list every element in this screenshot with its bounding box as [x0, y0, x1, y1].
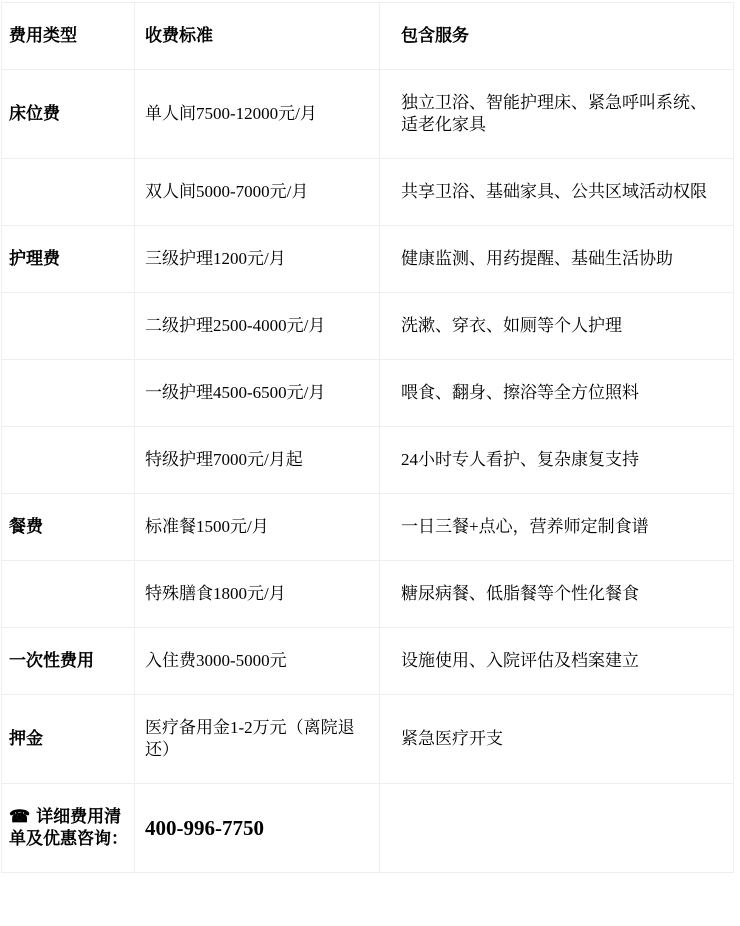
fee-services-cell: 设施使用、入院评估及档案建立 — [380, 628, 734, 695]
fee-standard-cell: 特级护理7000元/月起 — [135, 427, 380, 494]
fee-table-body: 床位费单人间7500-12000元/月独立卫浴、智能护理床、紧急呼叫系统、适老化… — [2, 70, 734, 873]
fee-standard-cell: 入住费3000-5000元 — [135, 628, 380, 695]
fee-services-cell: 紧急医疗开支 — [380, 695, 734, 784]
fee-category-cell: 一次性费用 — [2, 628, 135, 695]
fee-standard-cell: 一级护理4500-6500元/月 — [135, 360, 380, 427]
fee-row: 护理费三级护理1200元/月健康监测、用药提醒、基础生活协助 — [2, 226, 734, 293]
column-header-fee-type: 费用类型 — [2, 3, 135, 70]
fee-category-cell — [2, 159, 135, 226]
fee-category-cell: 护理费 — [2, 226, 135, 293]
fee-services-cell: 健康监测、用药提醒、基础生活协助 — [380, 226, 734, 293]
fee-services-cell: 洗漱、穿衣、如厕等个人护理 — [380, 293, 734, 360]
contact-row: ☎详细费用清单及优惠咨询：400-996-7750 — [2, 784, 734, 873]
fee-services-cell: 独立卫浴、智能护理床、紧急呼叫系统、适老化家具 — [380, 70, 734, 159]
fee-standard-cell: 医疗备用金1-2万元（离院退还） — [135, 695, 380, 784]
fee-row: 一次性费用入住费3000-5000元设施使用、入院评估及档案建立 — [2, 628, 734, 695]
fee-table: 费用类型 收费标准 包含服务 床位费单人间7500-12000元/月独立卫浴、智… — [1, 2, 734, 873]
phone-number: 400-996-7750 — [145, 816, 264, 840]
fee-standard-cell: 双人间5000-7000元/月 — [135, 159, 380, 226]
fee-row: 床位费单人间7500-12000元/月独立卫浴、智能护理床、紧急呼叫系统、适老化… — [2, 70, 734, 159]
fee-services-cell: 糖尿病餐、低脂餐等个性化餐食 — [380, 561, 734, 628]
contact-services-cell — [380, 784, 734, 873]
column-header-fee-standard: 收费标准 — [135, 3, 380, 70]
fee-category-cell: 押金 — [2, 695, 135, 784]
fee-services-cell: 一日三餐+点心，营养师定制食谱 — [380, 494, 734, 561]
fee-table-header: 费用类型 收费标准 包含服务 — [2, 3, 734, 70]
fee-services-cell: 24小时专人看护、复杂康复支持 — [380, 427, 734, 494]
fee-standard-cell: 二级护理2500-4000元/月 — [135, 293, 380, 360]
fee-category-cell — [2, 561, 135, 628]
fee-standard-cell: 标准餐1500元/月 — [135, 494, 380, 561]
fee-category-cell: 床位费 — [2, 70, 135, 159]
fee-category-cell — [2, 360, 135, 427]
contact-label-cell: ☎详细费用清单及优惠咨询： — [2, 784, 135, 873]
fee-row: 二级护理2500-4000元/月洗漱、穿衣、如厕等个人护理 — [2, 293, 734, 360]
contact-phone-cell: 400-996-7750 — [135, 784, 380, 873]
fee-row: 特级护理7000元/月起24小时专人看护、复杂康复支持 — [2, 427, 734, 494]
fee-row: 特殊膳食1800元/月糖尿病餐、低脂餐等个性化餐食 — [2, 561, 734, 628]
column-header-included-services: 包含服务 — [380, 3, 734, 70]
fee-category-cell: 餐费 — [2, 494, 135, 561]
fee-row: 双人间5000-7000元/月共享卫浴、基础家具、公共区域活动权限 — [2, 159, 734, 226]
phone-icon: ☎ — [9, 807, 30, 826]
fee-category-cell — [2, 293, 135, 360]
fee-services-cell: 共享卫浴、基础家具、公共区域活动权限 — [380, 159, 734, 226]
fee-row: 餐费标准餐1500元/月一日三餐+点心，营养师定制食谱 — [2, 494, 734, 561]
fee-category-cell — [2, 427, 135, 494]
fee-standard-cell: 特殊膳食1800元/月 — [135, 561, 380, 628]
fee-row: 一级护理4500-6500元/月喂食、翻身、擦浴等全方位照料 — [2, 360, 734, 427]
header-row: 费用类型 收费标准 包含服务 — [2, 3, 734, 70]
fee-standard-cell: 三级护理1200元/月 — [135, 226, 380, 293]
fee-row: 押金医疗备用金1-2万元（离院退还）紧急医疗开支 — [2, 695, 734, 784]
fee-standard-cell: 单人间7500-12000元/月 — [135, 70, 380, 159]
fee-services-cell: 喂食、翻身、擦浴等全方位照料 — [380, 360, 734, 427]
